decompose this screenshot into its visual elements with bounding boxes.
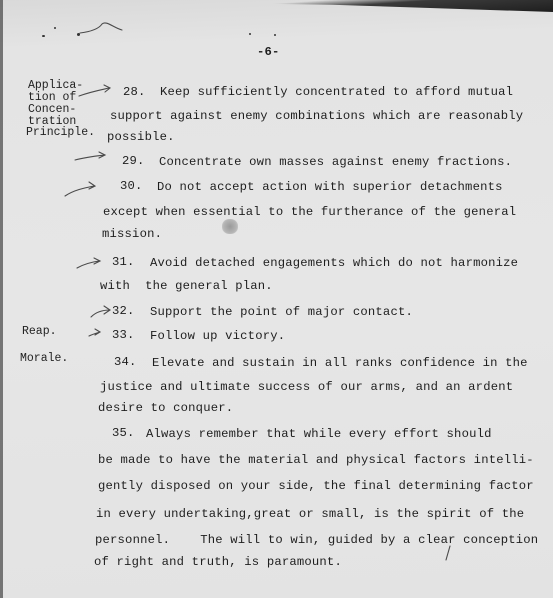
paragraph-29-line: Concentrate own masses against enemy fra… xyxy=(159,156,512,168)
paragraph-35-line: Always remember that while every effort … xyxy=(146,428,492,440)
scan-speck xyxy=(42,35,45,37)
paragraph-33-line: Follow up victory. xyxy=(150,330,285,342)
pencil-tick xyxy=(445,545,451,561)
paragraph-number-34: 34. xyxy=(114,356,137,368)
scan-speck xyxy=(274,34,276,36)
scan-shadow xyxy=(0,0,553,12)
paragraph-34-line: Elevate and sustain in all ranks confide… xyxy=(152,357,528,369)
pencil-arrow-31 xyxy=(76,256,102,270)
ink-smudge xyxy=(222,219,238,234)
paragraph-34-line: justice and ultimate success of our arms… xyxy=(100,381,513,393)
pencil-arrow-30 xyxy=(64,180,98,198)
paragraph-number-30: 30. xyxy=(120,180,143,192)
pencil-arrow-32 xyxy=(90,305,112,319)
margin-note-reap: Reap. xyxy=(22,326,57,338)
paragraph-35-line: in every undertaking,great or small, is … xyxy=(96,508,524,520)
scan-speck xyxy=(54,27,56,29)
pencil-squiggle xyxy=(78,18,128,38)
paragraph-number-33: 33. xyxy=(112,329,135,341)
paragraph-number-35: 35. xyxy=(112,427,135,439)
paragraph-number-28: 28. xyxy=(123,86,146,98)
pencil-arrow-33 xyxy=(88,328,102,338)
paragraph-number-31: 31. xyxy=(112,256,135,268)
paragraph-35-line: personnel. The will to win, guided by a … xyxy=(95,534,538,546)
document-page: -6- Applica- tion of Concen- tration Pri… xyxy=(0,0,553,598)
paragraph-28-line: Keep sufficiently concentrated to afford… xyxy=(160,86,513,98)
paragraph-30-line: mission. xyxy=(102,228,162,240)
paragraph-35-line: of right and truth, is paramount. xyxy=(94,556,342,568)
paragraph-28-line: support against enemy combinations which… xyxy=(110,110,523,122)
paragraph-34-line: desire to conquer. xyxy=(98,402,233,414)
paragraph-number-32: 32. xyxy=(112,305,135,317)
paragraph-30-line: except when essential to the furtherance… xyxy=(103,206,516,218)
paragraph-31-line: Avoid detached engagements which do not … xyxy=(150,257,518,269)
paragraph-number-29: 29. xyxy=(122,155,145,167)
pencil-arrow-28 xyxy=(78,84,114,98)
paragraph-35-line: gently disposed on your side, the final … xyxy=(98,480,534,492)
margin-note-application: Applica- tion of Concen- tration xyxy=(28,80,83,128)
scan-speck xyxy=(249,33,251,35)
paragraph-28-line: possible. xyxy=(107,131,175,143)
paragraph-32-line: Support the point of major contact. xyxy=(150,306,413,318)
pencil-arrow-29 xyxy=(74,150,108,162)
page-number: -6- xyxy=(257,46,280,58)
margin-note-principle: Principle. xyxy=(26,127,95,139)
scan-edge xyxy=(0,0,3,598)
paragraph-35-line: be made to have the material and physica… xyxy=(98,454,534,466)
paragraph-30-line: Do not accept action with superior detac… xyxy=(157,181,503,193)
paragraph-31-line: with the general plan. xyxy=(100,280,273,292)
margin-note-morale: Morale. xyxy=(20,353,68,365)
